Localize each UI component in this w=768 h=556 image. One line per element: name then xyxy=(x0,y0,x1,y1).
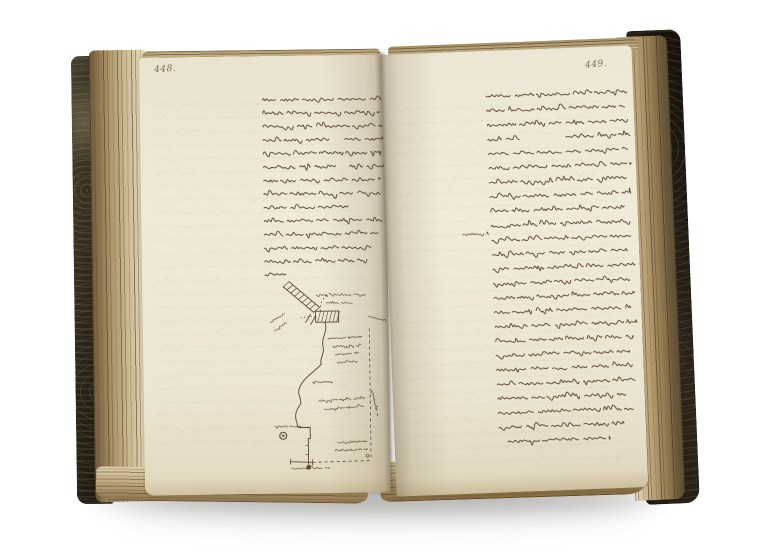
map-settlement-dot xyxy=(282,435,284,437)
map-boundary-name-rotated xyxy=(371,390,380,416)
left-page: 448. xyxy=(139,54,391,495)
map-canal-marker xyxy=(366,454,369,457)
map-bridge-note xyxy=(326,301,352,304)
map-scale-bar xyxy=(291,458,372,466)
map-place-name-right xyxy=(368,315,386,321)
map-road-note xyxy=(270,312,285,324)
right-page: 449. xyxy=(380,45,649,496)
page-number-right: 449. xyxy=(585,59,608,71)
map-village-name xyxy=(312,381,332,384)
map-distance-note xyxy=(324,404,364,411)
show-through-text xyxy=(394,98,634,468)
page-number-left: 448. xyxy=(154,64,177,75)
left-page-handwriting-and-map xyxy=(139,54,391,495)
show-through-text xyxy=(154,98,381,447)
map-stream-note xyxy=(335,352,359,356)
handwritten-paragraph xyxy=(263,96,385,276)
map-road-note xyxy=(274,322,287,332)
map-bridge-note xyxy=(316,293,365,297)
handwritten-paragraph xyxy=(486,88,641,446)
map-stream-note xyxy=(328,335,362,340)
photo-backdrop: 448. 449. xyxy=(0,0,768,556)
map-stream-note xyxy=(337,359,357,364)
map-canal-note xyxy=(335,447,367,452)
right-page-handwriting xyxy=(380,45,649,496)
map-hatched-road xyxy=(283,281,320,324)
